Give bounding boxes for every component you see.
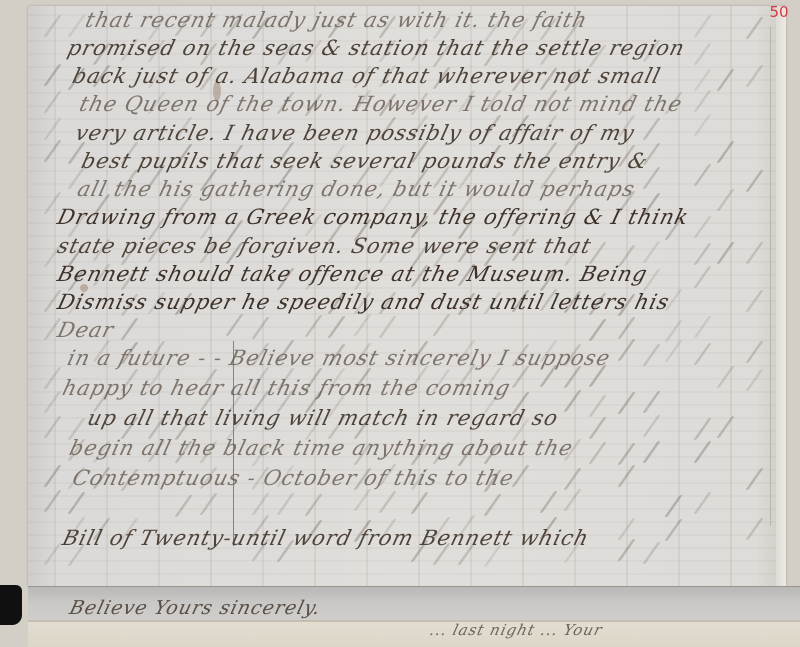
handwritten-line: in a future - - Believe most sincerely I…	[65, 346, 613, 370]
handwritten-line: state pieces be forgiven. Some were sent…	[55, 234, 594, 258]
handwritten-line: happy to hear all this from the coming	[60, 376, 513, 400]
handwritten-line: that recent malady just as with it. the …	[83, 8, 590, 32]
handwritten-line: Bill of Twenty-until word from Bennett w…	[60, 526, 592, 550]
right-margin-line	[770, 26, 771, 526]
handwritten-line: the Queen of the town. However I told no…	[77, 92, 685, 116]
handwritten-line: back just of a. Alabama of that wherever…	[70, 64, 663, 88]
handwritten-line: all the his gathering done, but it would…	[75, 177, 638, 201]
letter-page: that recent malady just as with it. the …	[28, 6, 786, 586]
folio-number: 50	[769, 5, 789, 19]
handwritten-line: Dismiss supper he speedily and dust unti…	[55, 290, 672, 314]
handwritten-line: Bennett should take offence at the Museu…	[55, 262, 650, 286]
handwritten-line: Dear	[55, 318, 117, 342]
handwritten-line: very article. I have been possibly of af…	[73, 121, 637, 145]
lower-page-edge	[28, 620, 800, 647]
underlying-page-text: ... last night ... Your	[428, 621, 605, 639]
page-edge	[776, 6, 786, 586]
handwritten-line: Drawing from a Greek company, the offeri…	[55, 205, 692, 229]
handwritten-line: Contemptuous - October of this to the	[70, 466, 517, 490]
handwritten-line: begin all the black time anything about …	[67, 436, 576, 460]
closing-line: Believe Yours sincerely.	[67, 597, 323, 619]
handwritten-line: best pupils that seek several pounds the…	[79, 149, 651, 173]
handwritten-line: up all that living will match in regard …	[85, 406, 561, 430]
handwritten-line: promised on the seas & station that the …	[65, 36, 688, 60]
dark-corner	[0, 585, 22, 625]
folio-number-text: 50	[769, 3, 788, 21]
